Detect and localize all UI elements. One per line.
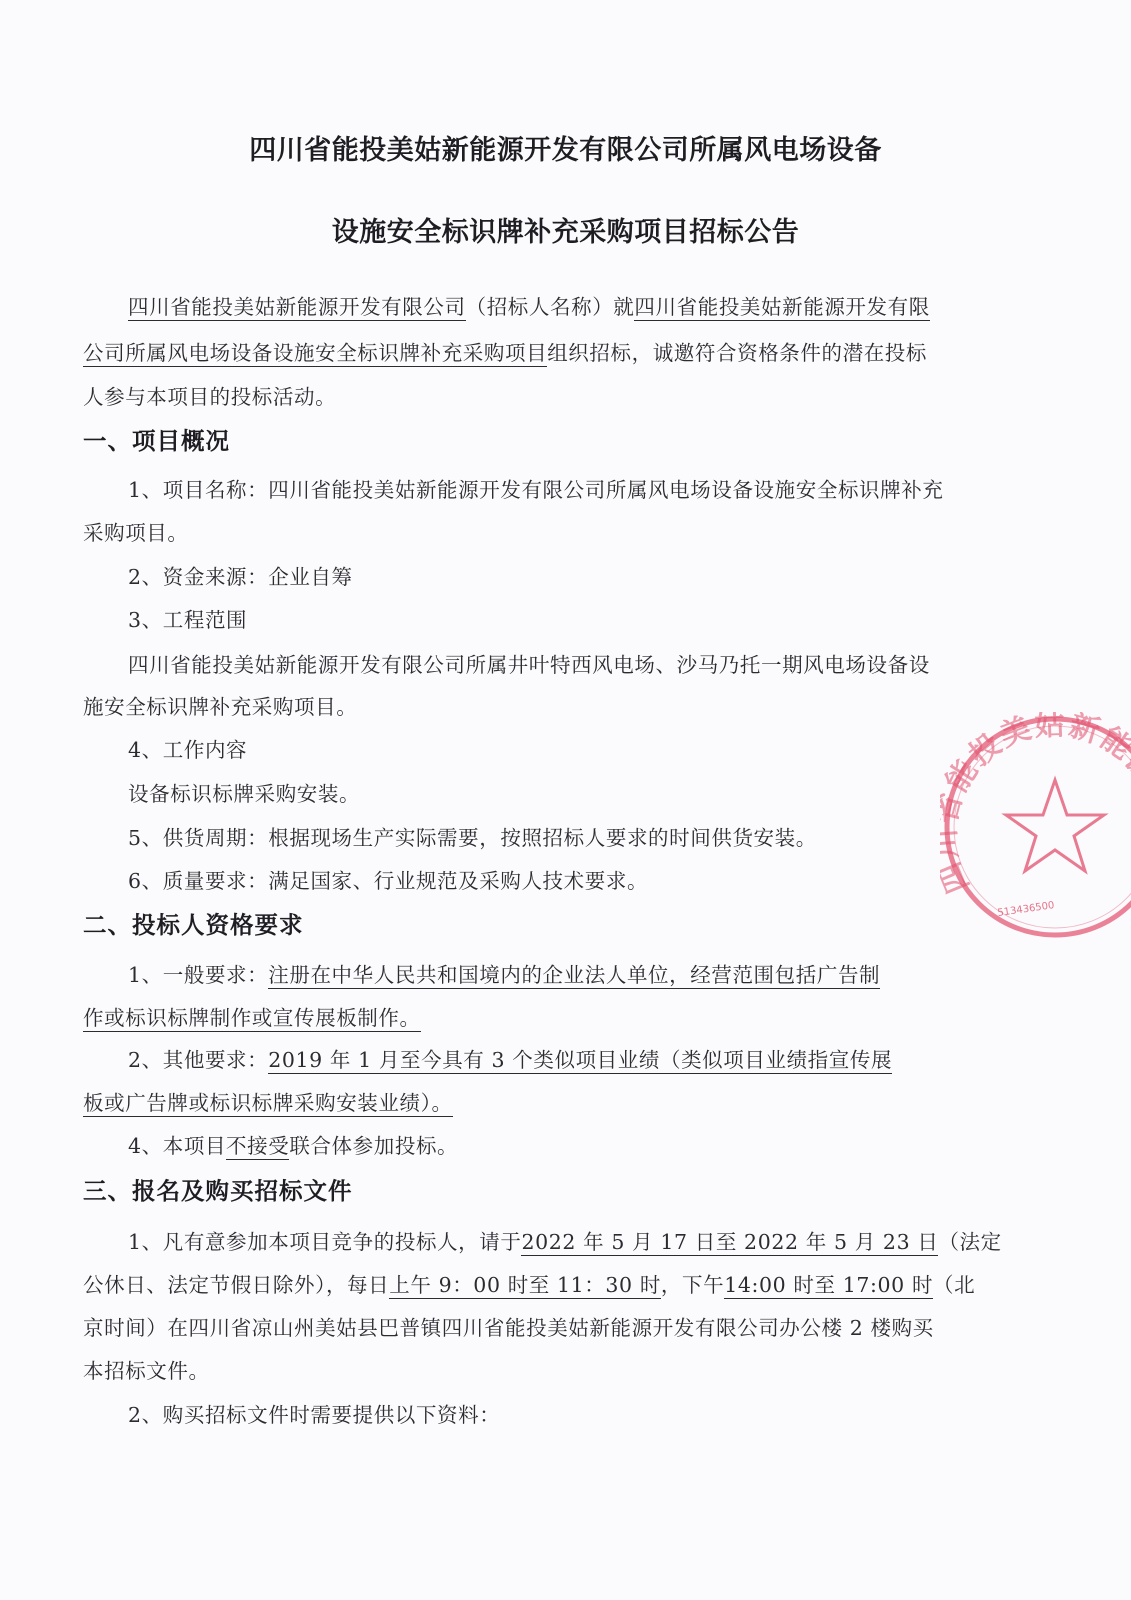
item-project-name-line-2: 采购项目。 — [83, 516, 189, 546]
registration-text: （北 — [933, 1273, 975, 1297]
item-scope-body-line-2: 施安全标识牌补充采购项目。 — [83, 690, 357, 720]
section-heading-3: 三、报名及购买招标文件 — [83, 1172, 353, 1206]
general-requirement-label: 1、一般要求： — [128, 963, 268, 987]
registration-text: （法定 — [938, 1230, 1001, 1254]
item-project-name-line-1: 1、项目名称：四川省能投美姑新能源开发有限公司所属风电场设备设施安全标识牌补充 — [128, 473, 943, 503]
intro-paragraph-line-3: 人参与本项目的投标活动。 — [83, 380, 336, 410]
item-registration-line-1: 1、凡有意参加本项目竞争的投标人，请于2022 年 5 月 17 日至 2022… — [128, 1225, 1002, 1255]
consortium-not-accepted: 不接受 — [226, 1134, 289, 1160]
item-work-content-body: 设备标识标牌采购安装。 — [128, 777, 360, 807]
item-required-documents: 2、购买招标文件时需要提供以下资料： — [128, 1398, 500, 1428]
item-registration-line-4: 本招标文件。 — [83, 1354, 210, 1384]
project-name-part-2: 公司所属风电场设备设施安全标识牌补充采购项目 — [83, 341, 547, 367]
afternoon-hours: 14:00 时至 17:00 时 — [724, 1273, 933, 1299]
general-requirement-text-1: 注册在中华人民共和国境内的企业法人单位，经营范围包括广告制 — [268, 963, 880, 989]
item-scope-label: 3、工程范围 — [128, 603, 247, 633]
other-requirement-text-2: 板或广告牌或标识标牌采购安装业绩）。 — [83, 1091, 453, 1117]
item-quality-requirement: 6、质量要求：满足国家、行业规范及采购人技术要求。 — [128, 864, 648, 894]
section-heading-1: 一、项目概况 — [83, 422, 230, 456]
company-seal-icon: 四川省能投美姑新能源开 513436500 — [940, 712, 1131, 942]
item-general-requirement-line-2: 作或标识标牌制作或宣传展板制作。 — [83, 1001, 421, 1031]
item-funding-source: 2、资金来源：企业自筹 — [128, 560, 353, 590]
item-registration-line-3: 京时间）在四川省凉山州美姑县巴普镇四川省能投美姑新能源开发有限公司办公楼 2 楼… — [83, 1311, 934, 1341]
document-page: 四川省能投美姑新能源开发有限公司所属风电场设备 设施安全标识牌补充采购项目招标公… — [0, 0, 1131, 1600]
svg-text:513436500: 513436500 — [997, 900, 1055, 919]
intro-paragraph-line-2: 公司所属风电场设备设施安全标识牌补充采购项目组织招标，诚邀符合资格条件的潜在投标 — [83, 336, 927, 366]
other-requirement-label: 2、其他要求： — [128, 1048, 268, 1072]
item-scope-body-line-1: 四川省能投美姑新能源开发有限公司所属井叶特西风电场、沙马乃托一期风电场设备设 — [128, 648, 930, 678]
tenderer-name: 四川省能投美姑新能源开发有限公司 — [128, 295, 466, 321]
registration-text: 1、凡有意参加本项目竞争的投标人，请于 — [128, 1230, 521, 1254]
registration-text: 公休日、法定节假日除外），每日 — [83, 1273, 389, 1297]
intro-paragraph-line-1: 四川省能投美姑新能源开发有限公司（招标人名称）就四川省能投美姑新能源开发有限 — [128, 290, 930, 320]
document-title-line-1: 四川省能投美姑新能源开发有限公司所属风电场设备 — [0, 128, 1131, 167]
intro-text: 组织招标，诚邀符合资格条件的潜在投标 — [547, 341, 927, 365]
morning-hours: 上午 9：00 时至 11：30 时 — [389, 1273, 661, 1299]
registration-date-range: 2022 年 5 月 17 日至 2022 年 5 月 23 日 — [521, 1230, 938, 1256]
consortium-text: 联合体参加投标。 — [289, 1134, 458, 1158]
svg-text:四川省能投美姑新能源开: 四川省能投美姑新能源开 — [940, 712, 1131, 898]
item-consortium: 4、本项目不接受联合体参加投标。 — [128, 1129, 458, 1159]
item-other-requirement-line-1: 2、其他要求：2019 年 1 月至今具有 3 个类似项目业绩（类似项目业绩指宣… — [128, 1043, 892, 1073]
intro-text: （招标人名称）就 — [466, 295, 635, 319]
item-work-content-label: 4、工作内容 — [128, 733, 247, 763]
item-general-requirement-line-1: 1、一般要求：注册在中华人民共和国境内的企业法人单位，经营范围包括广告制 — [128, 958, 880, 988]
registration-text: ，下午 — [661, 1273, 724, 1297]
item-supply-period: 5、供货周期：根据现场生产实际需要，按照招标人要求的时间供货安装。 — [128, 821, 817, 851]
item-other-requirement-line-2: 板或广告牌或标识标牌采购安装业绩）。 — [83, 1086, 453, 1116]
general-requirement-text-2: 作或标识标牌制作或宣传展板制作。 — [83, 1006, 421, 1032]
section-heading-2: 二、投标人资格要求 — [83, 906, 304, 940]
project-name-part-1: 四川省能投美姑新能源开发有限 — [634, 295, 929, 321]
document-title-line-2: 设施安全标识牌补充采购项目招标公告 — [0, 210, 1131, 249]
consortium-text: 4、本项目 — [128, 1134, 226, 1158]
item-registration-line-2: 公休日、法定节假日除外），每日上午 9：00 时至 11：30 时，下午14:0… — [83, 1268, 975, 1298]
other-requirement-text-1: 2019 年 1 月至今具有 3 个类似项目业绩（类似项目业绩指宣传展 — [268, 1048, 892, 1074]
